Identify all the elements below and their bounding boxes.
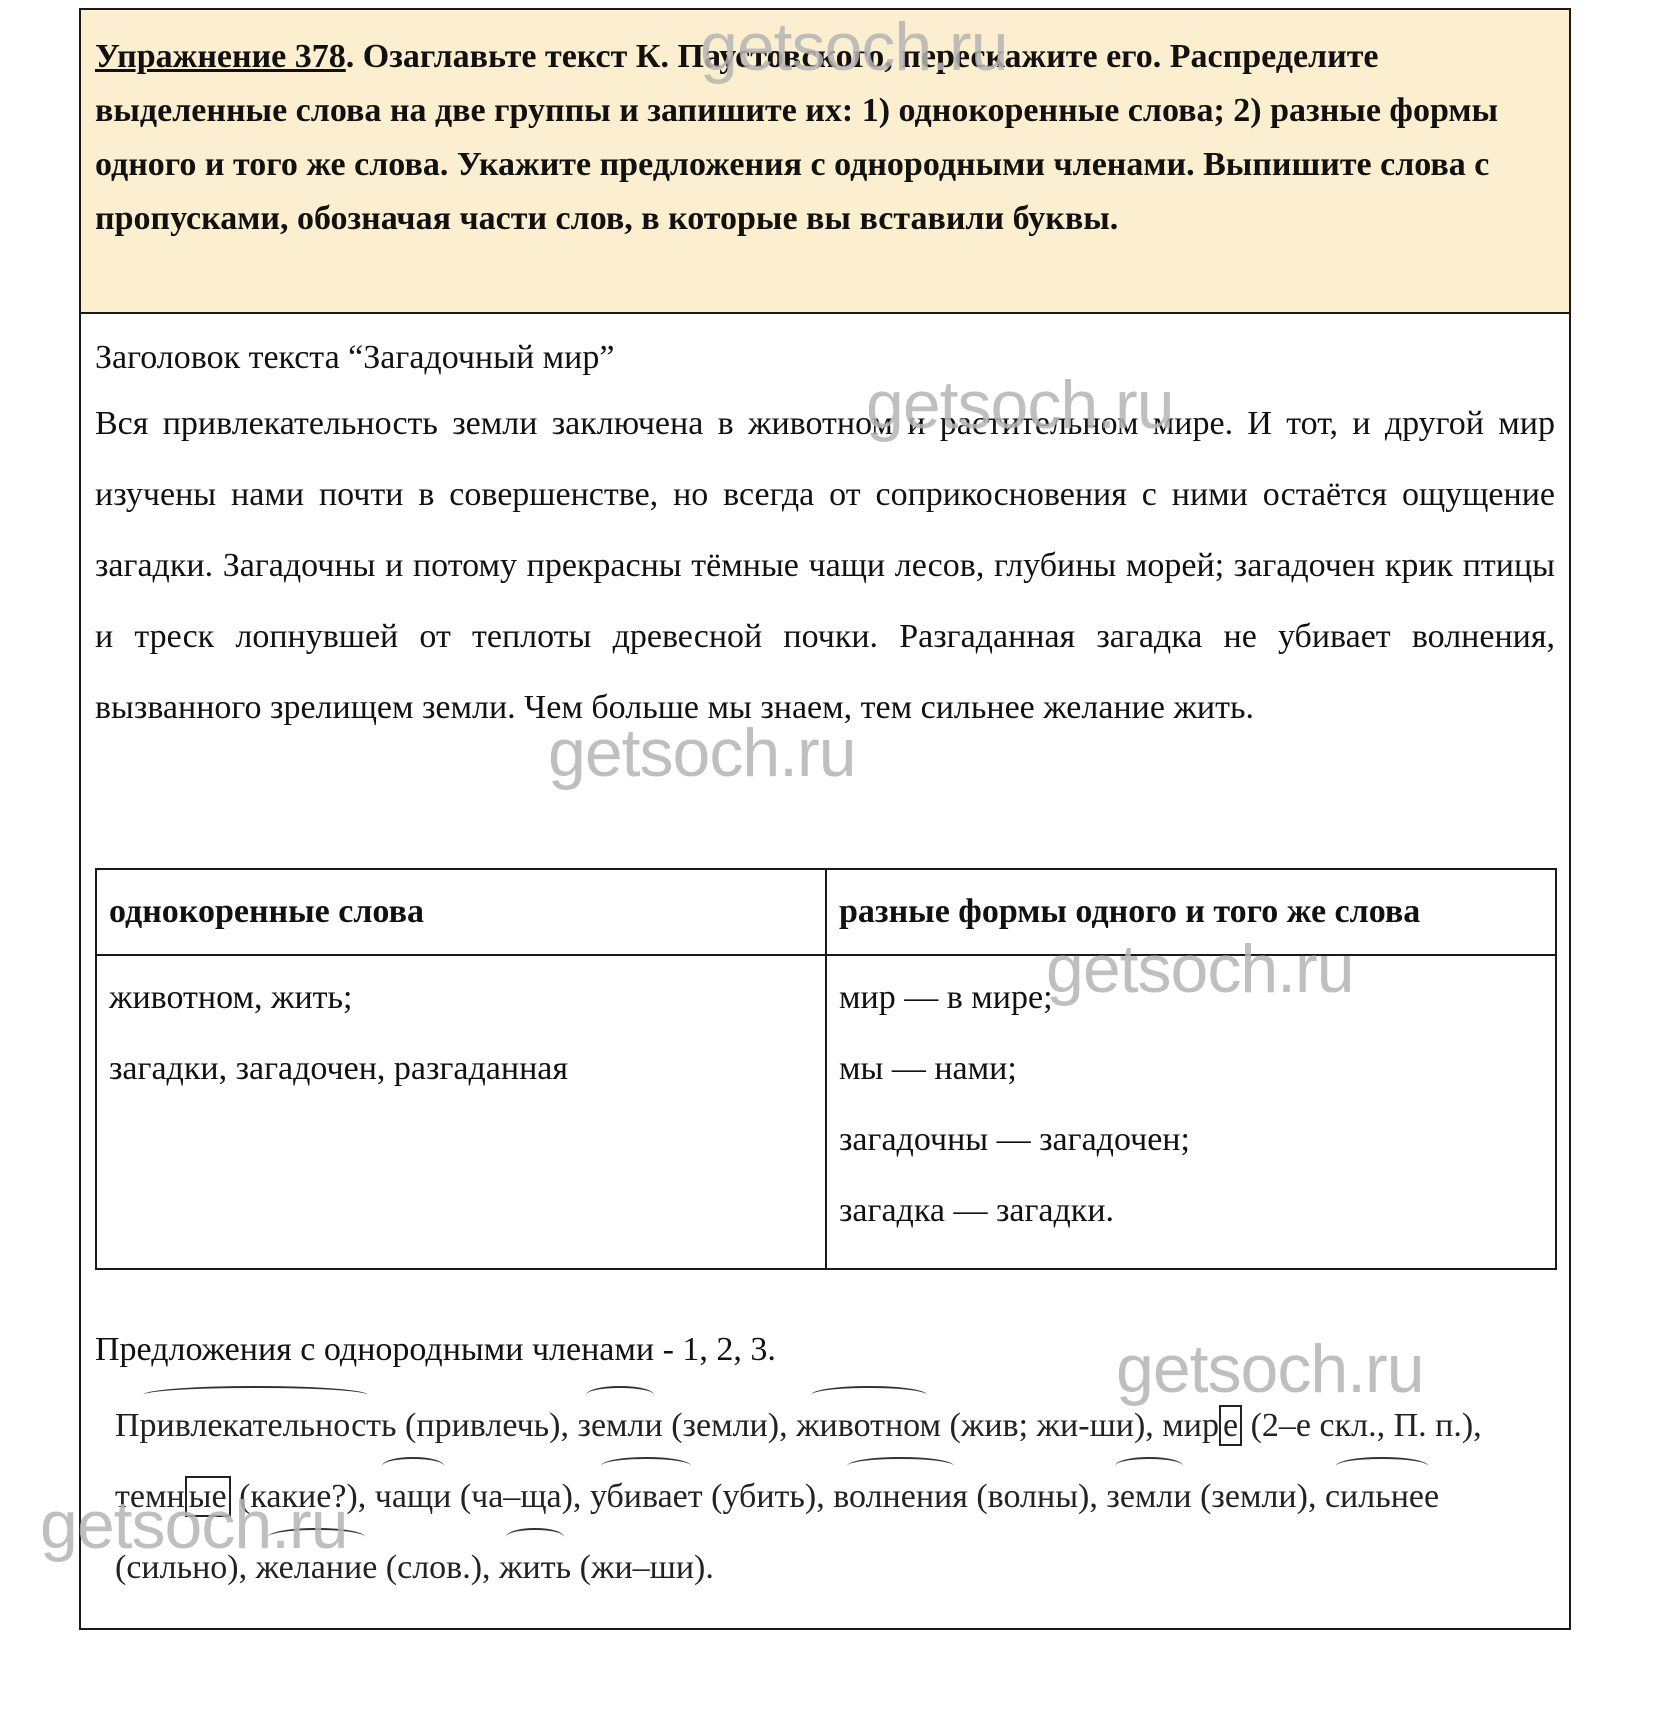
exercise-frame: Упражнение 378. Озаглавьте текст К. Паус… bbox=[79, 8, 1571, 1630]
word-form-item: загадочны — загадочен; bbox=[839, 1104, 1543, 1175]
root-marked-word: жить bbox=[499, 1532, 571, 1603]
word-forms-cell: мир — в мире; мы — нами; загадочны — заг… bbox=[826, 955, 1556, 1269]
word-form-item: мир — в мире; bbox=[839, 962, 1543, 1033]
task-header: Упражнение 378. Озаглавьте текст К. Паус… bbox=[81, 10, 1569, 314]
root-marked-word: чащи bbox=[375, 1461, 452, 1532]
header-word-forms: разные формы одного и того же слова bbox=[826, 869, 1556, 955]
root-marked-word: сильнее bbox=[1325, 1461, 1439, 1532]
root-marked-word: земли bbox=[578, 1390, 663, 1461]
root-marked-word: волнения bbox=[833, 1461, 968, 1532]
word-form-item: загадка — загадки. bbox=[839, 1175, 1543, 1246]
same-root-cell: животном, жить; загадки, загадочен, разг… bbox=[96, 955, 826, 1269]
same-root-item: загадки, загадочен, разгаданная bbox=[109, 1033, 813, 1104]
morpheme-analysis: Привлекательность (привлечь), земли (зем… bbox=[115, 1390, 1529, 1603]
text-paragraph: Вся привлекательность земли заключена в … bbox=[95, 388, 1555, 743]
text-title: Заголовок текста “Загадочный мир” bbox=[95, 330, 1555, 386]
ending-box: ые bbox=[185, 1476, 231, 1517]
answer-section: Заголовок текста “Загадочный мир” Вся пр… bbox=[95, 330, 1555, 743]
word-groups-table: однокоренные слова разные формы одного и… bbox=[95, 868, 1557, 1270]
header-same-root: однокоренные слова bbox=[96, 869, 826, 955]
root-marked-word: земли bbox=[1106, 1461, 1191, 1532]
root-marked-word: Привлекательность bbox=[115, 1390, 397, 1461]
word-form-item: мы — нами; bbox=[839, 1033, 1543, 1104]
homogeneous-sentences: Предложения с однородными членами - 1, 2… bbox=[95, 1322, 776, 1378]
root-marked-word: убивает bbox=[590, 1461, 703, 1532]
root-marked-word: желание bbox=[256, 1532, 378, 1603]
exercise-number: Упражнение 378 bbox=[95, 38, 346, 75]
ending-box: е bbox=[1219, 1405, 1242, 1446]
same-root-item: животном, жить; bbox=[109, 962, 813, 1033]
root-marked-word: животном bbox=[796, 1390, 941, 1461]
